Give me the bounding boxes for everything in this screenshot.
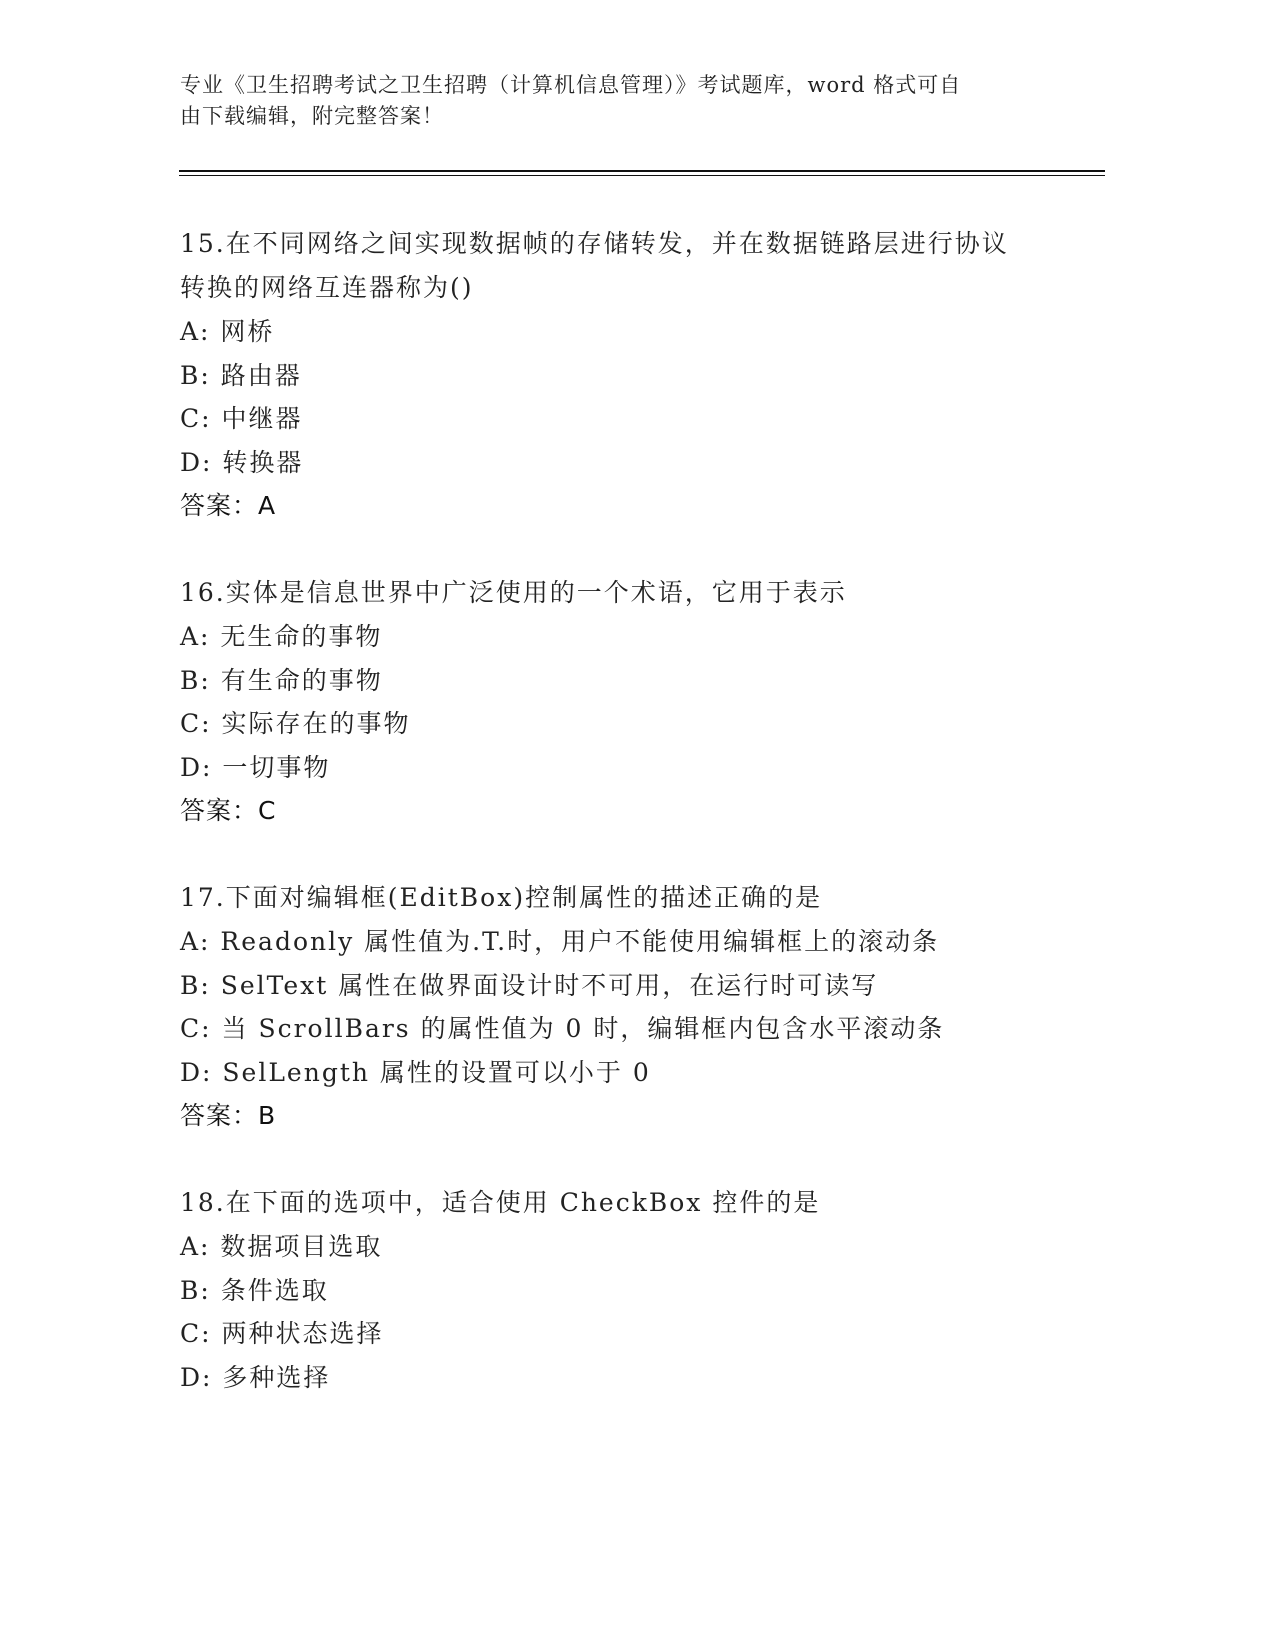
document-intro: 专业《卫生招聘考试之卫生招聘（计算机信息管理）》考试题库，word 格式可自 由… — [180, 70, 1050, 132]
option-d: D: SelLength 属性的设置可以小于 0 — [180, 1051, 1060, 1095]
option-b: B: SelText 属性在做界面设计时不可用，在运行时可读写 — [180, 964, 1060, 1008]
option-d: D: 一切事物 — [180, 746, 1060, 790]
intro-line-1: 专业《卫生招聘考试之卫生招聘（计算机信息管理）》考试题库，word 格式可自 — [180, 70, 1050, 101]
question-stem: 17.下面对编辑框(EditBox)控制属性的描述正确的是 — [180, 876, 1060, 920]
option-b: B: 有生命的事物 — [180, 659, 1060, 703]
option-c: C: 中继器 — [180, 397, 1060, 441]
option-d: D: 转换器 — [180, 441, 1060, 485]
answer-line: 答案：B — [180, 1094, 1060, 1138]
option-b: B: 路由器 — [180, 354, 1060, 398]
option-c: C: 当 ScrollBars 的属性值为 0 时，编辑框内包含水平滚动条 — [180, 1007, 1060, 1051]
option-b: B: 条件选取 — [180, 1269, 1060, 1313]
answer-line: 答案：C — [180, 789, 1060, 833]
question-stem-continued: 转换的网络互连器称为() — [180, 266, 1060, 310]
question-stem: 18.在下面的选项中，适合使用 CheckBox 控件的是 — [180, 1181, 1060, 1225]
answer-line: 答案：A — [180, 484, 1060, 528]
question-18: 18.在下面的选项中，适合使用 CheckBox 控件的是 A: 数据项目选取 … — [180, 1181, 1060, 1399]
question-stem: 16.实体是信息世界中广泛使用的一个术语，它用于表示 — [180, 571, 1060, 615]
intro-line-2: 由下载编辑，附完整答案！ — [180, 101, 1050, 132]
question-stem: 15.在不同网络之间实现数据帧的存储转发，并在数据链路层进行协议 — [180, 222, 1060, 266]
double-rule-divider — [179, 170, 1105, 176]
question-15: 15.在不同网络之间实现数据帧的存储转发，并在数据链路层进行协议 转换的网络互连… — [180, 222, 1060, 528]
option-a: A: 无生命的事物 — [180, 615, 1060, 659]
option-a: A: 网桥 — [180, 310, 1060, 354]
option-c: C: 两种状态选择 — [180, 1312, 1060, 1356]
option-c: C: 实际存在的事物 — [180, 702, 1060, 746]
option-a: A: 数据项目选取 — [180, 1225, 1060, 1269]
question-17: 17.下面对编辑框(EditBox)控制属性的描述正确的是 A: Readonl… — [180, 876, 1060, 1138]
option-d: D: 多种选择 — [180, 1356, 1060, 1400]
question-16: 16.实体是信息世界中广泛使用的一个术语，它用于表示 A: 无生命的事物 B: … — [180, 571, 1060, 833]
option-a: A: Readonly 属性值为.T.时，用户不能使用编辑框上的滚动条 — [180, 920, 1060, 964]
